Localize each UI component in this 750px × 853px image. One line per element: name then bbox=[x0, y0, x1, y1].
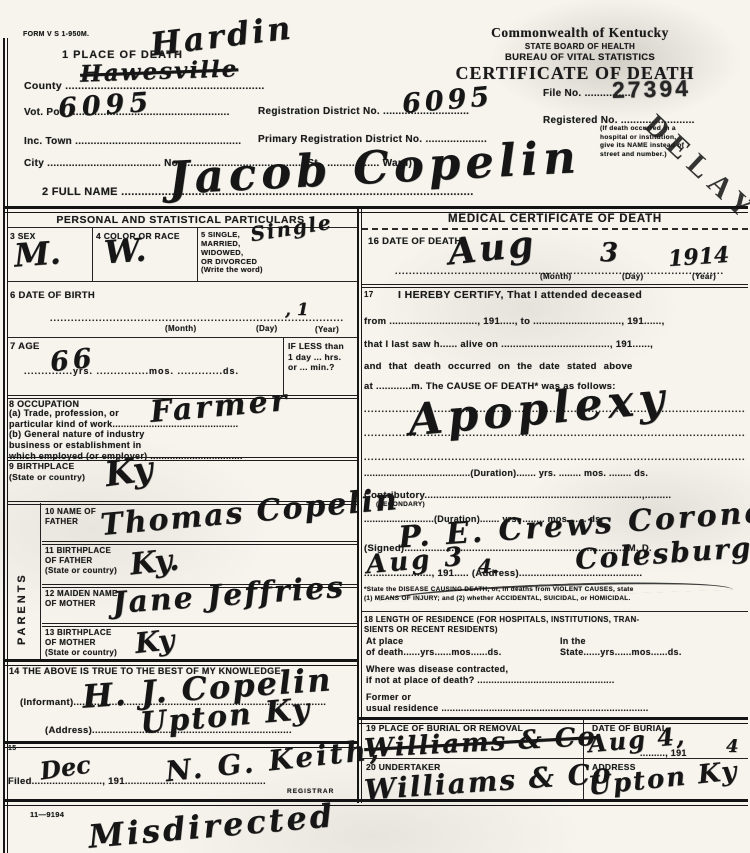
dod-day-label: (Day) bbox=[622, 272, 644, 281]
father-birthplace-label: 11 BIRTHPLACE OF FATHER (State or countr… bbox=[45, 546, 140, 576]
handwritten-dob-mark: , 1 bbox=[285, 302, 309, 319]
commonwealth-heading: Commonwealth of Kentucky bbox=[420, 25, 740, 41]
handwritten-mother-birthplace: Ky bbox=[134, 626, 176, 658]
filed-number-label: 15 bbox=[8, 745, 16, 752]
handwritten-filed-month: Dec bbox=[39, 753, 93, 784]
cause-dotline-3: ........................................… bbox=[364, 452, 746, 462]
certify-section-rule bbox=[362, 284, 748, 288]
dod-month-label: (Month) bbox=[540, 272, 571, 281]
parents-vertical-label: PARENTS bbox=[16, 525, 28, 645]
dob-month-label: (Month) bbox=[165, 324, 196, 333]
undertaker-row-rule bbox=[362, 758, 748, 759]
handwritten-death-day: 3 bbox=[600, 240, 618, 266]
header-divider bbox=[3, 206, 748, 213]
dod-year-label: (Year) bbox=[692, 272, 716, 281]
mother-row-rule bbox=[42, 623, 357, 627]
residence-heading: 18 LENGTH OF RESIDENCE (FOR HOSPITALS, I… bbox=[364, 615, 748, 634]
parents-box-divider bbox=[40, 503, 41, 660]
certify-line-death-occurred: and that death occurred on the date stat… bbox=[364, 361, 746, 372]
disease-contracted-line: Where was disease contracted, if not at … bbox=[366, 664, 746, 687]
age-label: 7 AGE bbox=[10, 341, 40, 352]
color-cell-divider bbox=[197, 228, 198, 281]
handwritten-color-race: W. bbox=[103, 234, 147, 269]
handwritten-age: 66 bbox=[49, 345, 97, 377]
mother-birthplace-label: 13 BIRTHPLACE OF MOTHER (State or countr… bbox=[45, 628, 140, 658]
death-certificate-scan: FORM V S 1-950M. 1 PLACE OF DEATH Hardin… bbox=[0, 0, 750, 853]
handwritten-sex: M. bbox=[13, 236, 62, 271]
secondary-label: (SECONDARY) bbox=[376, 501, 425, 508]
handwritten-burial-year: 4 bbox=[726, 738, 739, 756]
certify-number-label: 17 bbox=[364, 290, 374, 299]
handwritten-registration-district-number: 6095 bbox=[401, 83, 494, 118]
handwritten-birthplace: Ky bbox=[103, 452, 155, 492]
age-row-top-rule bbox=[8, 337, 357, 338]
dob-day-label: (Day) bbox=[256, 324, 278, 333]
handwritten-county-struck-out: Hawesville bbox=[80, 57, 239, 86]
certify-heading: I HEREBY CERTIFY, That I attended deceas… bbox=[398, 289, 744, 301]
at-place-line: At place of death......yrs......mos.....… bbox=[366, 636, 556, 659]
father-row-rule bbox=[42, 541, 357, 545]
file-no-stamp: 27394 bbox=[612, 75, 692, 104]
handwritten-father-name: Thomas Copelin bbox=[99, 485, 400, 541]
medical-section-title: MEDICAL CERTIFICATE OF DEATH bbox=[362, 213, 748, 225]
handwritten-sign-year: 4. bbox=[478, 556, 499, 576]
binding-edge-line bbox=[3, 38, 8, 853]
duration-line: ......................................(D… bbox=[364, 468, 746, 478]
form-number: FORM V S 1-950M. bbox=[23, 31, 153, 38]
handwritten-vot-pot-number: 6095 bbox=[57, 89, 154, 123]
in-state-line: In the State......yrs......mos......ds. bbox=[560, 636, 745, 659]
sex-cell-divider bbox=[92, 228, 93, 281]
certify-line-last-saw: that I last saw h...... alive on .......… bbox=[364, 339, 746, 350]
date-of-birth-label: 6 DATE OF BIRTH bbox=[10, 290, 95, 301]
handwritten-place-of-death: Hardin bbox=[149, 11, 295, 60]
state-board-heading: STATE BOARD OF HEALTH bbox=[420, 42, 740, 51]
handwritten-misdirected-note: Misdirected bbox=[87, 799, 336, 852]
former-residence-line: Former or usual residence ..............… bbox=[366, 692, 746, 715]
residence-section-rule bbox=[362, 611, 748, 612]
form-bottom-rule bbox=[3, 799, 748, 806]
handwritten-death-month: Aug bbox=[446, 225, 538, 270]
handwritten-death-year: 1914 bbox=[667, 244, 730, 270]
dob-year-label: (Year) bbox=[315, 325, 339, 334]
certify-line-from-to: from .............................., 191… bbox=[364, 316, 746, 327]
plate-number: 11—9194 bbox=[30, 810, 64, 819]
sex-row-bottom-rule bbox=[8, 281, 357, 282]
bureau-heading: BUREAU OF VITAL STATISTICS bbox=[420, 52, 740, 63]
inc-town-line: Inc. Town ..............................… bbox=[24, 136, 254, 147]
medical-title-rule bbox=[362, 228, 748, 230]
registrar-label: REGISTRAR bbox=[287, 788, 334, 795]
handwritten-father-birthplace: Ky. bbox=[129, 546, 181, 581]
if-less-label: IF LESS than 1 day ... hrs. or ... min.? bbox=[288, 341, 356, 373]
